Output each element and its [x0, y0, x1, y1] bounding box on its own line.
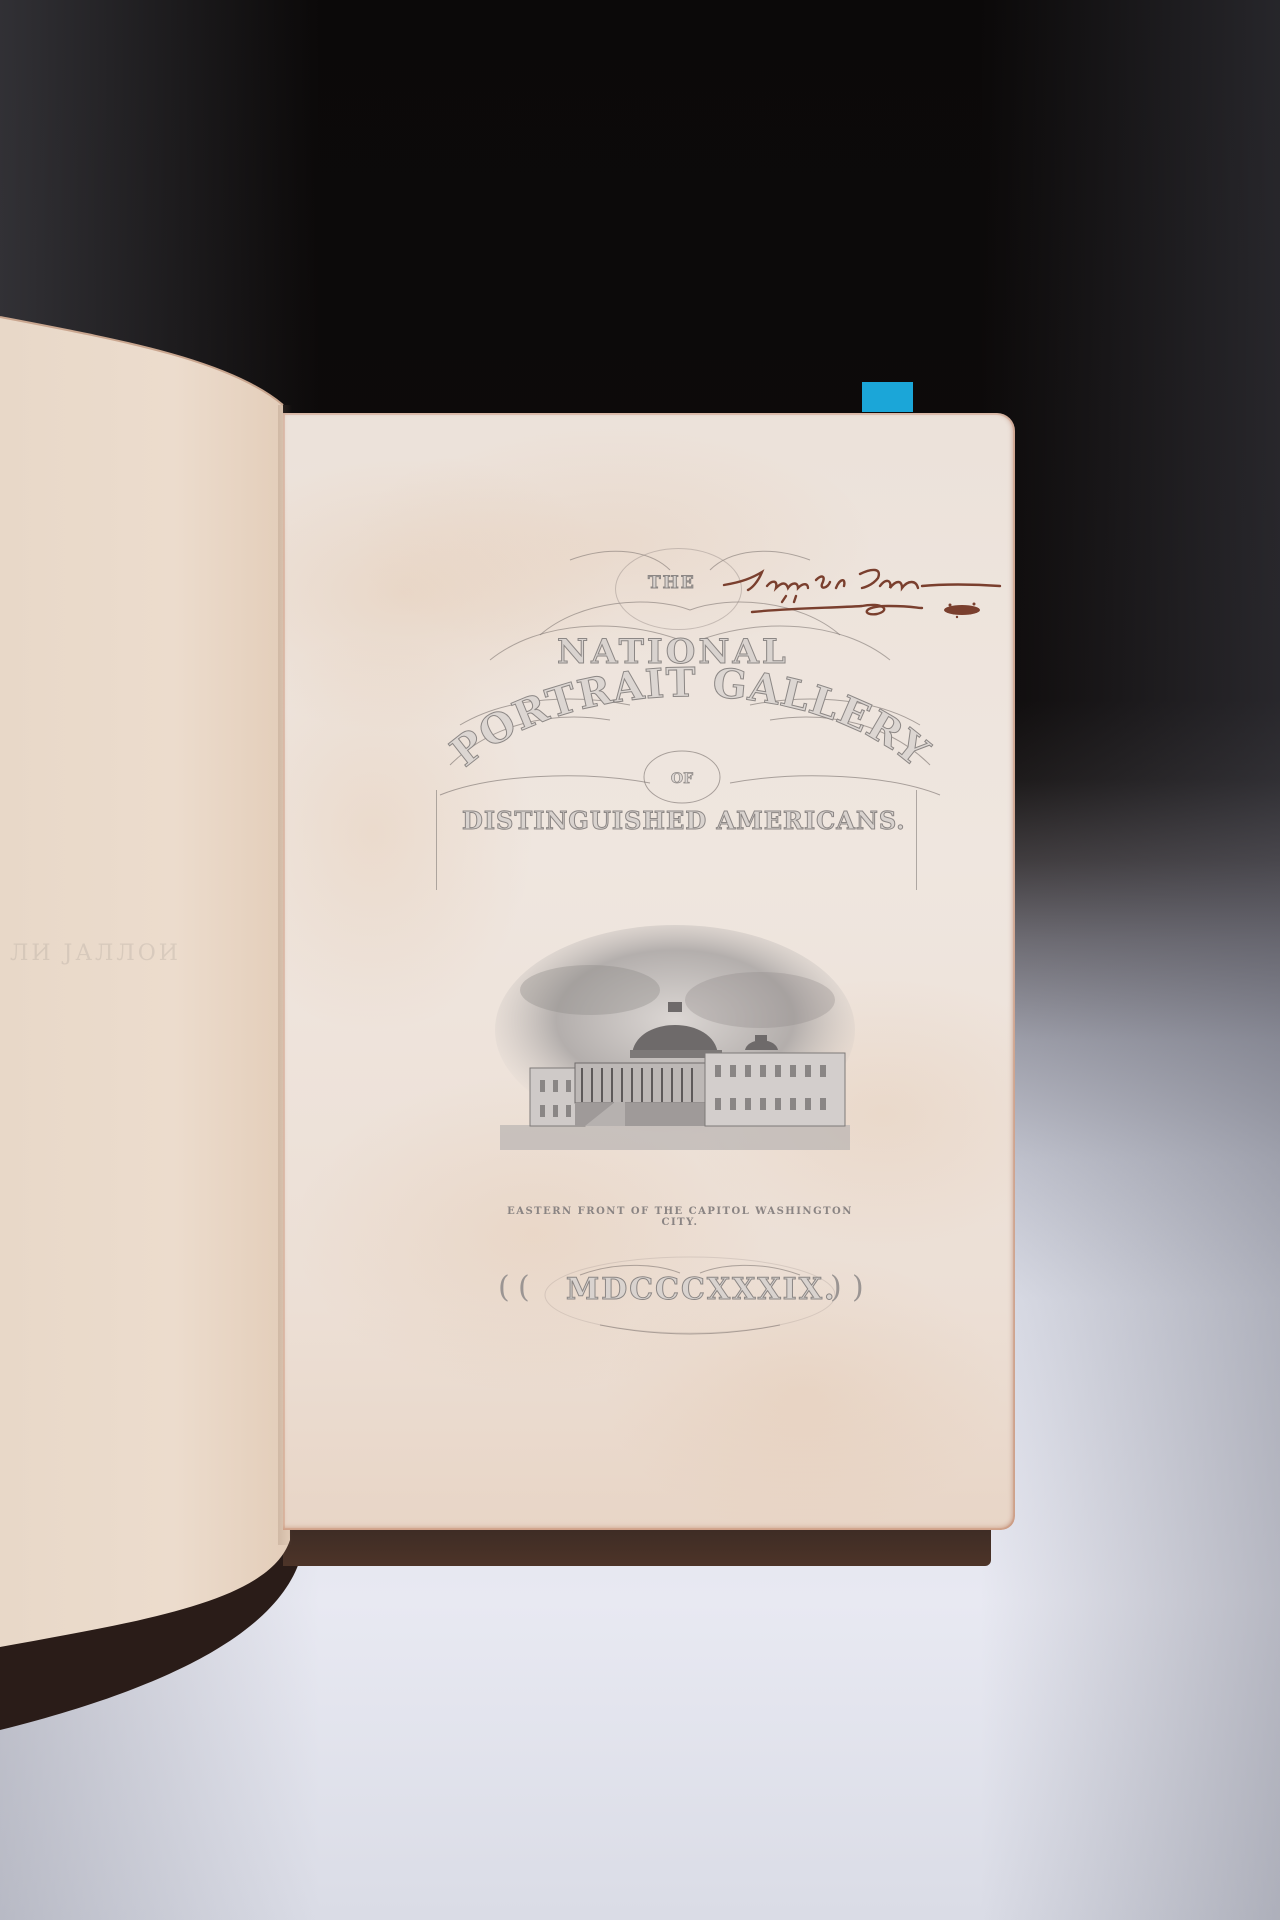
capitol-engraving	[490, 920, 860, 1160]
svg-text:ЛИ ЈАЛЛОИ: ЛИ ЈАЛЛОИ	[10, 941, 181, 966]
title-frame-right-line	[916, 790, 917, 890]
handwritten-signature: James K. Polk	[712, 560, 1012, 630]
signature-text: James K. Polk	[712, 560, 823, 564]
year-paren-left-inner: (	[518, 1270, 530, 1305]
title-the: THE	[648, 573, 696, 593]
illustration-caption: EASTERN FRONT OF THE CAPITOL WASHINGTON …	[490, 1206, 870, 1228]
blue-bookmark-tab	[862, 382, 913, 412]
title-portrait-gallery-arch: PORTRAIT GALLERY OF	[430, 665, 950, 815]
left-page: ЛИ ЈАЛЛОИ	[0, 300, 305, 1660]
title-portrait-gallery: PORTRAIT GALLERY	[442, 665, 938, 776]
background-vignette-right	[980, 0, 1280, 1920]
year-paren-right-outer: )	[852, 1270, 864, 1305]
year-paren-left-outer: (	[498, 1270, 510, 1305]
title-frame-left-line	[436, 790, 437, 890]
publication-year: MDCCCXXXIX.	[566, 1272, 836, 1307]
title-distinguished-americans: DISTINGUISHED AMERICANS.	[462, 806, 906, 835]
svg-text:PORTRAIT GALLERY: PORTRAIT GALLERY	[442, 665, 938, 776]
title-of: OF	[671, 771, 693, 787]
